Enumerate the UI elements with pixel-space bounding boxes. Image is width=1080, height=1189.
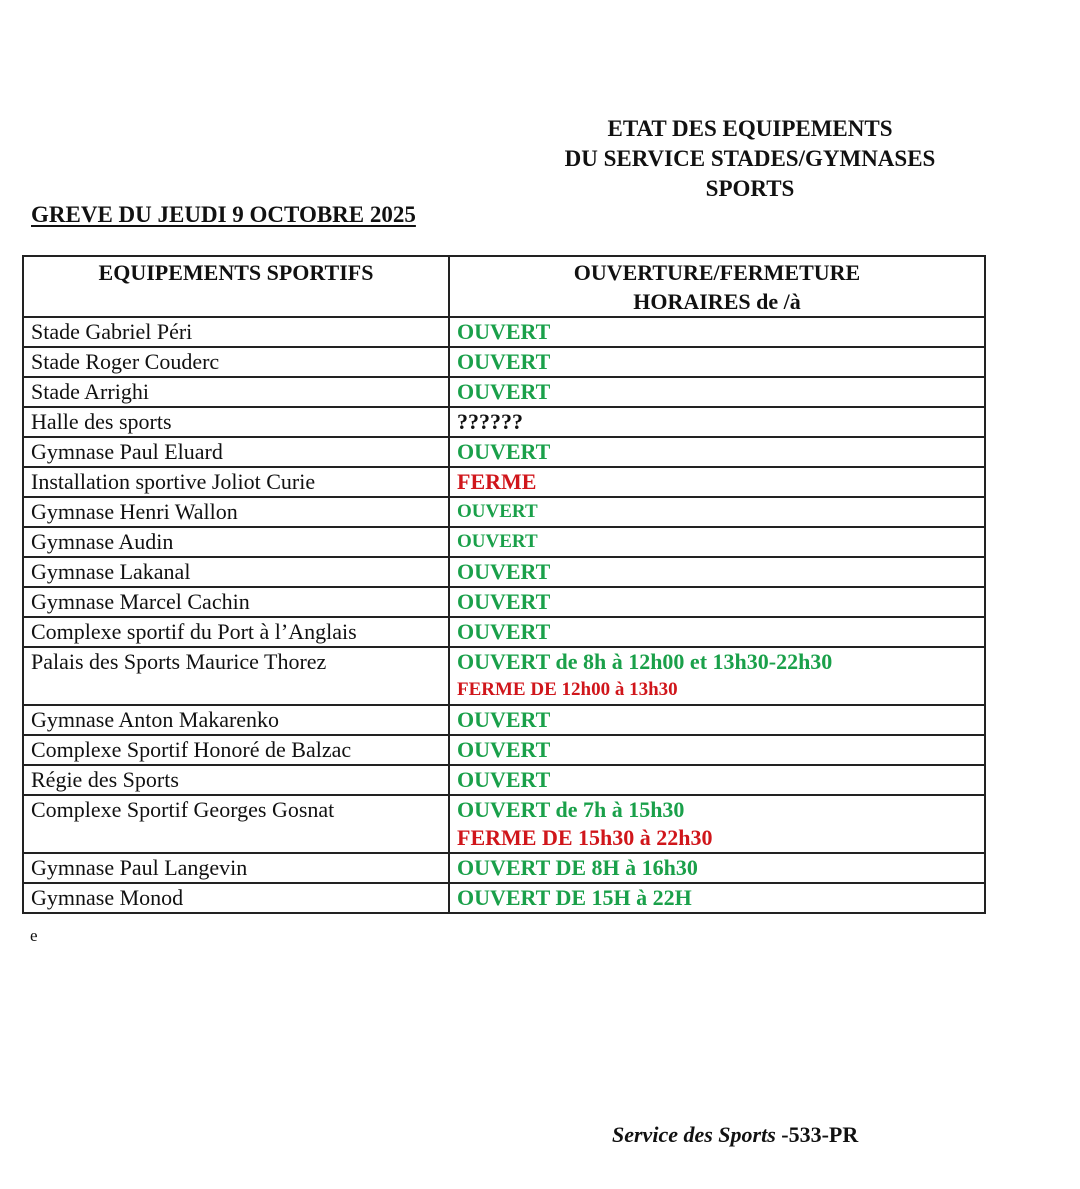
status-open: OUVERT bbox=[457, 766, 977, 794]
status-open: OUVERT bbox=[457, 318, 977, 346]
table-row: Gymnase AudinOUVERT bbox=[23, 527, 985, 557]
table-row: Stade Gabriel PériOUVERT bbox=[23, 317, 985, 347]
facility-name: Stade Gabriel Péri bbox=[23, 317, 449, 347]
table-row: Gymnase Marcel CachinOUVERT bbox=[23, 587, 985, 617]
facility-status: OUVERT bbox=[449, 735, 985, 765]
table-row: Palais des Sports Maurice ThorezOUVERT d… bbox=[23, 647, 985, 705]
status-open: OUVERT bbox=[457, 618, 977, 646]
facility-name: Complexe sportif du Port à l’Anglais bbox=[23, 617, 449, 647]
footer-signature: Service des Sports -533-PR bbox=[612, 1122, 858, 1148]
facility-status: OUVERT bbox=[449, 437, 985, 467]
table-row: Gymnase LakanalOUVERT bbox=[23, 557, 985, 587]
title-line-1: ETAT DES EQUIPEMENTS bbox=[540, 114, 960, 144]
title-line-2: DU SERVICE STADES/GYMNASES bbox=[540, 144, 960, 174]
facility-status: OUVERT bbox=[449, 587, 985, 617]
facility-status: OUVERT bbox=[449, 765, 985, 795]
status-open: OUVERT bbox=[457, 438, 977, 466]
table-row: Complexe Sportif Georges GosnatOUVERT de… bbox=[23, 795, 985, 853]
facility-name: Gymnase Anton Makarenko bbox=[23, 705, 449, 735]
table-row: Stade ArrighiOUVERT bbox=[23, 377, 985, 407]
facility-name: Gymnase Lakanal bbox=[23, 557, 449, 587]
title-line-3: SPORTS bbox=[540, 174, 960, 204]
facility-name: Gymnase Audin bbox=[23, 527, 449, 557]
facility-name: Palais des Sports Maurice Thorez bbox=[23, 647, 449, 705]
table-row: Complexe sportif du Port à l’AnglaisOUVE… bbox=[23, 617, 985, 647]
facility-name: Gymnase Paul Eluard bbox=[23, 437, 449, 467]
facility-status: OUVERT bbox=[449, 617, 985, 647]
facility-status: OUVERT de 7h à 15h30FERME DE 15h30 à 22h… bbox=[449, 795, 985, 853]
facility-status: OUVERT bbox=[449, 527, 985, 557]
table-row: Gymnase Anton MakarenkoOUVERT bbox=[23, 705, 985, 735]
facility-status: OUVERT bbox=[449, 705, 985, 735]
status-open: OUVERT de 7h à 15h30 bbox=[457, 796, 977, 824]
facility-status: OUVERT bbox=[449, 347, 985, 377]
status-open: OUVERT bbox=[457, 736, 977, 764]
facility-name: Gymnase Marcel Cachin bbox=[23, 587, 449, 617]
status-open: OUVERT bbox=[457, 588, 977, 616]
table-row: Complexe Sportif Honoré de BalzacOUVERT bbox=[23, 735, 985, 765]
facility-status: OUVERT bbox=[449, 377, 985, 407]
facility-name: Halle des sports bbox=[23, 407, 449, 437]
document-title: ETAT DES EQUIPEMENTS DU SERVICE STADES/G… bbox=[540, 114, 960, 204]
table-header-row: EQUIPEMENTS SPORTIFS OUVERTURE/FERMETURE… bbox=[23, 256, 985, 317]
table-row: Gymnase Henri WallonOUVERT bbox=[23, 497, 985, 527]
status-open: OUVERT bbox=[457, 378, 977, 406]
status-open: OUVERT bbox=[457, 498, 977, 526]
facility-name: Stade Roger Couderc bbox=[23, 347, 449, 377]
table-row: Installation sportive Joliot CurieFERME bbox=[23, 467, 985, 497]
facility-name: Installation sportive Joliot Curie bbox=[23, 467, 449, 497]
facility-name: Régie des Sports bbox=[23, 765, 449, 795]
facility-name: Stade Arrighi bbox=[23, 377, 449, 407]
table-row: Régie des SportsOUVERT bbox=[23, 765, 985, 795]
status-open: OUVERT bbox=[457, 558, 977, 586]
facility-status: OUVERT de 8h à 12h00 et 13h30-22h30FERME… bbox=[449, 647, 985, 705]
table-row: Gymnase Paul EluardOUVERT bbox=[23, 437, 985, 467]
table-row: Gymnase Paul LangevinOUVERT DE 8H à 16h3… bbox=[23, 853, 985, 883]
table-row: Gymnase MonodOUVERT DE 15H à 22H bbox=[23, 883, 985, 913]
facility-name: Gymnase Monod bbox=[23, 883, 449, 913]
status-open: OUVERT de 8h à 12h00 et 13h30-22h30 bbox=[457, 648, 977, 676]
facility-status: OUVERT bbox=[449, 317, 985, 347]
facility-status: OUVERT bbox=[449, 557, 985, 587]
facility-name: Gymnase Paul Langevin bbox=[23, 853, 449, 883]
status-unknown: ?????? bbox=[457, 408, 977, 436]
stray-text: e bbox=[30, 926, 38, 946]
status-open: OUVERT bbox=[457, 348, 977, 376]
facility-name: Complexe Sportif Honoré de Balzac bbox=[23, 735, 449, 765]
status-open: OUVERT DE 15H à 22H bbox=[457, 884, 977, 912]
facility-status: FERME bbox=[449, 467, 985, 497]
facility-name: Gymnase Henri Wallon bbox=[23, 497, 449, 527]
status-open: OUVERT bbox=[457, 706, 977, 734]
facility-status: ?????? bbox=[449, 407, 985, 437]
status-closed: FERME bbox=[457, 468, 977, 496]
strike-date-heading: GREVE DU JEUDI 9 OCTOBRE 2025 bbox=[31, 202, 416, 228]
facility-status: OUVERT DE 8H à 16h30 bbox=[449, 853, 985, 883]
status-closed: FERME DE 15h30 à 22h30 bbox=[457, 824, 977, 852]
column-header-facilities: EQUIPEMENTS SPORTIFS bbox=[23, 256, 449, 317]
status-open: OUVERT DE 8H à 16h30 bbox=[457, 854, 977, 882]
facility-status: OUVERT DE 15H à 22H bbox=[449, 883, 985, 913]
facilities-table: EQUIPEMENTS SPORTIFS OUVERTURE/FERMETURE… bbox=[22, 255, 986, 914]
column-header-status: OUVERTURE/FERMETURE HORAIRES de /à bbox=[449, 256, 985, 317]
table-row: Stade Roger CoudercOUVERT bbox=[23, 347, 985, 377]
facility-status: OUVERT bbox=[449, 497, 985, 527]
facility-name: Complexe Sportif Georges Gosnat bbox=[23, 795, 449, 853]
status-closed: FERME DE 12h00 à 13h30 bbox=[457, 676, 977, 704]
table-row: Halle des sports?????? bbox=[23, 407, 985, 437]
status-open: OUVERT bbox=[457, 528, 977, 556]
